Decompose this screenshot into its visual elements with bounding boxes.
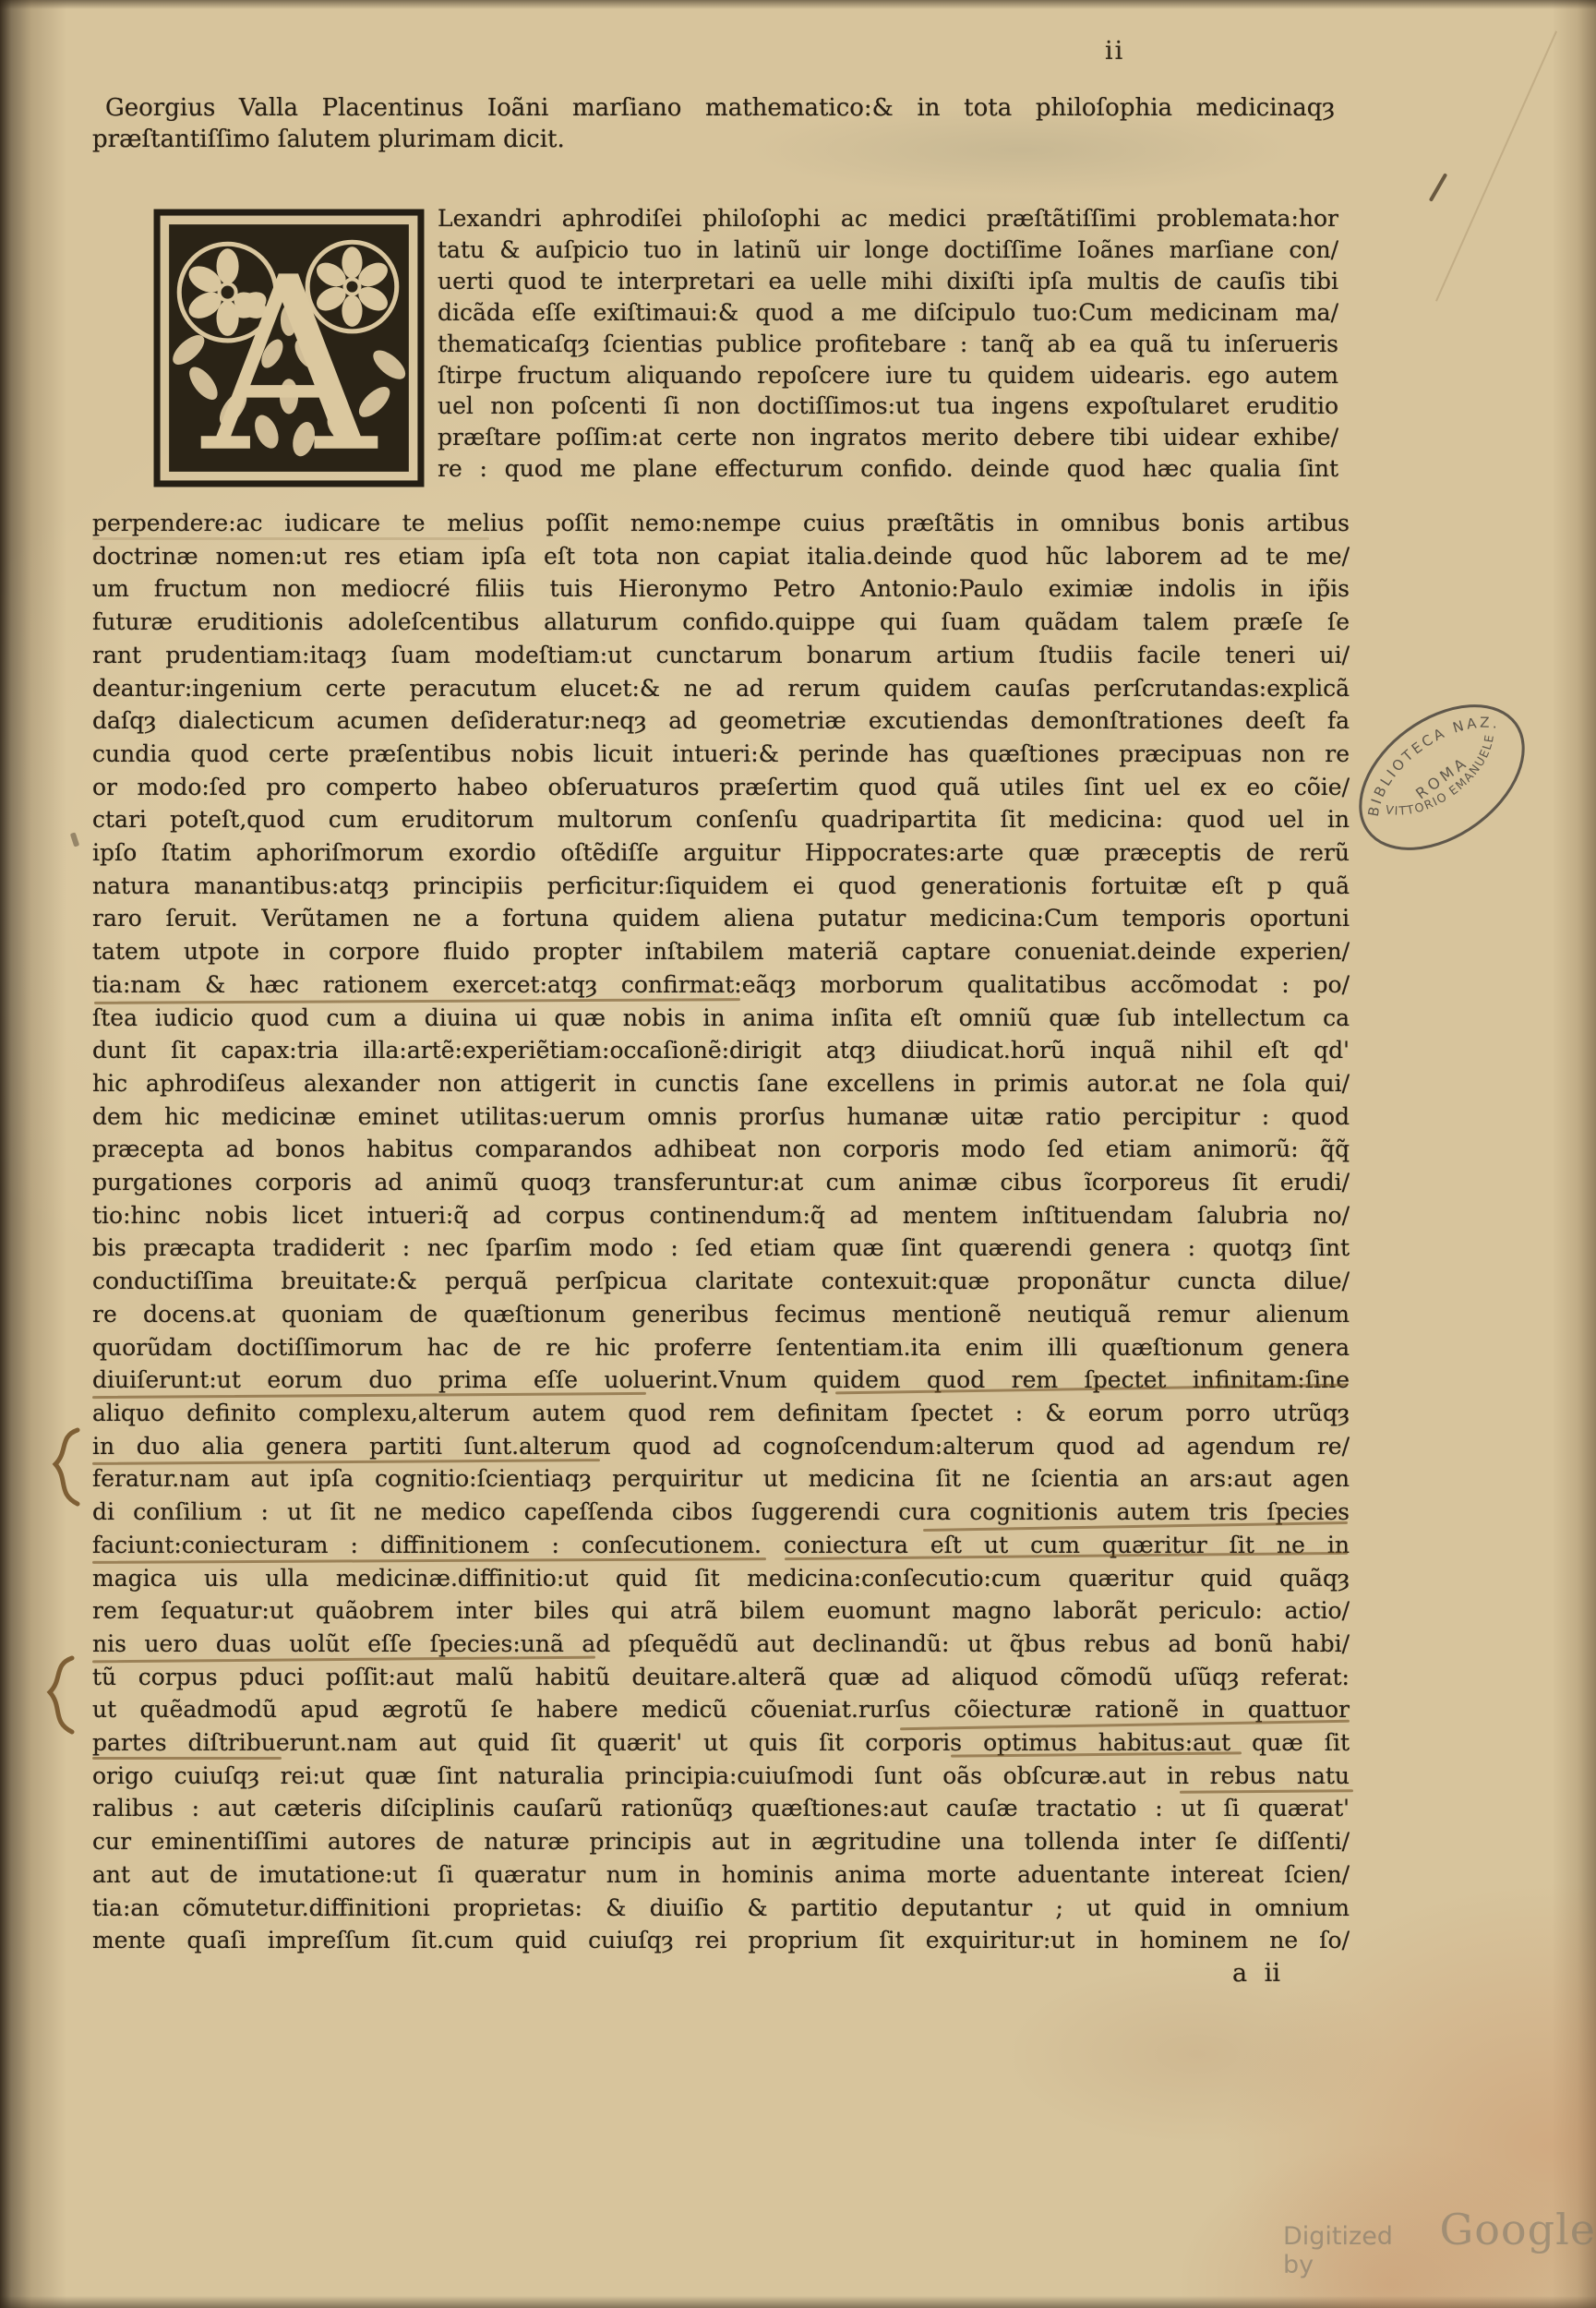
text-line: ant aut de imutatione:ut ſi quæratur num… xyxy=(92,1858,1350,1892)
text-line: raro ſeruit. Verũtamen ne a fortuna quid… xyxy=(92,902,1350,935)
text-line: uel non poſcenti ſi non doctiſſimos:ut t… xyxy=(438,391,1338,422)
text-line: rem ſequatur:ut quãobrem inter biles qui… xyxy=(92,1594,1350,1628)
dedication-body-text: perpendere:ac iudicare te melius poſſit … xyxy=(92,507,1350,1957)
text-line: purgationes corporis ad animũ quoqȝ tran… xyxy=(92,1166,1350,1199)
watermark-prefix: Digitized by xyxy=(1283,2222,1428,2279)
text-line: ſtirpe fructum aliquando repoſcere iure … xyxy=(438,360,1338,391)
text-line: faciunt:coniecturam : diffinitionem : co… xyxy=(92,1529,1350,1562)
text-line: or modo:ſed pro comperto habeo obſeruatu… xyxy=(92,771,1350,804)
text-line: dicãda eſſe exiſtimaui:& quod a me diſci… xyxy=(438,297,1338,329)
text-line: tio:hinc nobis licet intueri:q̃ ad corpu… xyxy=(92,1199,1350,1232)
folio-number: ii xyxy=(1105,37,1124,66)
text-line: ctari poteſt,quod cum eruditorum multoru… xyxy=(92,803,1350,836)
text-line: magica uis ulla medicinæ.diffinitio:ut q… xyxy=(92,1562,1350,1595)
text-line: aliquo definito complexu,alterum autem q… xyxy=(92,1397,1350,1430)
text-line: ut quẽadmodũ apud ægrotũ ſe habere medic… xyxy=(92,1693,1350,1726)
text-line: hic aphrodiſeus alexander non attigerit … xyxy=(92,1067,1350,1100)
text-line: Lexandri aphrodiſei philoſophi ac medici… xyxy=(438,203,1338,234)
text-line: bis præcapta tradiderit : nec ſparſim mo… xyxy=(92,1232,1350,1265)
text-line: tũ corpus pduci poſſit:aut malũ habitũ d… xyxy=(92,1661,1350,1694)
text-line: re docens.at quoniam de quæſtionum gener… xyxy=(92,1298,1350,1331)
text-line: tia:an cõmutetur.diffinitioni proprietas… xyxy=(92,1892,1350,1925)
text-line: tatem utpote in corpore fluido propter i… xyxy=(92,935,1350,968)
text-line: tia:nam & hæc rationem exercet:atqȝ conf… xyxy=(92,968,1350,1002)
text-line: thematicaſqȝ ſcientias publice profiteba… xyxy=(438,329,1338,360)
text-line: di conſilium : ut ſit ne medico capeſſen… xyxy=(92,1496,1350,1529)
text-line: futuræ eruditionis adoleſcentibus allatu… xyxy=(92,606,1350,639)
margin-brace-mark xyxy=(41,1655,79,1735)
drop-cap-woodcut: A xyxy=(153,209,425,487)
text-line: præcepta ad bonos habitus comparandos ad… xyxy=(92,1133,1350,1166)
text-line: quorũdam doctiſſimorum hac de re hic pro… xyxy=(92,1331,1350,1364)
text-line: in duo alia genera partiti ſunt.alterum … xyxy=(92,1430,1350,1463)
text-line: uerti quod te interpretari ea uelle mihi… xyxy=(438,266,1338,297)
text-line: rant prudentiam:itaqȝ ſuam modeſtiam:ut … xyxy=(92,639,1350,672)
text-line: daſqȝ dialecticum acumen deſideratur:neq… xyxy=(92,704,1350,738)
text-line: cundia quod certe præſentibus nobis licu… xyxy=(92,738,1350,771)
margin-brace-mark xyxy=(46,1427,85,1507)
page-crease xyxy=(1435,30,1557,301)
text-line: tatu & auſpicio tuo in latinũ uir longe … xyxy=(438,234,1338,266)
ink-underline xyxy=(92,537,489,540)
text-line: præſtantiſſimo ſalutem plurimam dicit. xyxy=(92,124,1335,155)
text-line: feratur.nam aut ipſa cognitio:ſcientiaqȝ… xyxy=(92,1462,1350,1496)
google-watermark: Digitized by Google xyxy=(1283,2205,1596,2279)
text-line: Georgius Valla Placentinus Ioãni marſian… xyxy=(92,92,1335,124)
text-line: origo cuiuſqȝ rei:ut quæ ſint naturalia … xyxy=(92,1760,1350,1793)
text-line: nis uero duas uolũt eſſe ſpecies:unã ad … xyxy=(92,1628,1350,1661)
text-line: um fructum non mediocré filiis tuis Hier… xyxy=(92,572,1350,606)
watermark-brand: Google xyxy=(1439,2205,1596,2254)
text-line: deantur:ingenium certe peracutum elucet:… xyxy=(92,672,1350,705)
text-line: præſtare poſſim:at certe non ingratos me… xyxy=(438,422,1338,453)
text-line: conductiſſima breuitate:& perquã perſpic… xyxy=(92,1265,1350,1298)
signature-mark: a ii xyxy=(1232,1959,1280,1988)
text-line: perpendere:ac iudicare te melius poſſit … xyxy=(92,507,1350,540)
dedication-header: Georgius Valla Placentinus Ioãni marſian… xyxy=(92,92,1335,155)
text-line: dem hic medicinæ eminet utilitas:uerum o… xyxy=(92,1100,1350,1134)
text-line: ſtea iudicio quod cum a diuina ui quæ no… xyxy=(92,1002,1350,1035)
text-line: dunt ſit capax:tria illa:artẽ:experiẽtia… xyxy=(92,1034,1350,1067)
dedication-opening-paragraph: Lexandri aphrodiſei philoſophi ac medici… xyxy=(438,203,1338,485)
text-line: doctrinæ nomen:ut res etiam ipſa eſt tot… xyxy=(92,540,1350,573)
text-line: re : quod me plane effecturum confido. d… xyxy=(438,453,1338,485)
text-line: ipſo ſtatim aphoriſmorum exordio oſtẽdiſ… xyxy=(92,836,1350,870)
drop-cap-letter: A xyxy=(198,227,378,487)
text-line: diuiſerunt:ut eorum duo prima eſſe uolue… xyxy=(92,1364,1350,1397)
library-stamp: BIBLIOTECA NAZ. VITTORIO EMANUELE ROMA xyxy=(1316,656,1567,898)
text-line: mente quaſi impreſſum ſit.cum quid cuiuſ… xyxy=(92,1924,1350,1957)
scanned-page: ii Georgius Valla Placentinus Ioãni marſ… xyxy=(0,0,1596,2308)
ink-underline xyxy=(92,1757,282,1760)
pen-stroke-mark xyxy=(1429,173,1447,201)
text-line: natura manantibus:atqȝ principiis perfic… xyxy=(92,870,1350,903)
text-line: cur eminentiſſimi autores de naturæ prin… xyxy=(92,1825,1350,1858)
pen-dot-mark xyxy=(70,832,79,847)
text-line: ralibus : aut cæteris diſciplinis cauſar… xyxy=(92,1792,1350,1825)
